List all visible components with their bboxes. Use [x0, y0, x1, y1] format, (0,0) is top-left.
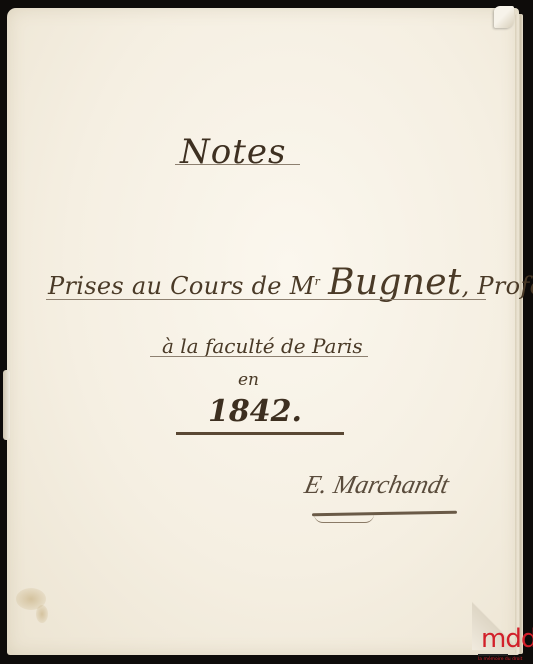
- logo-letters: mdd: [481, 626, 533, 652]
- page-edge-right: [515, 14, 523, 654]
- folded-corner-top: [494, 6, 514, 28]
- document-year: 1842.: [208, 394, 302, 429]
- subtitle-prefix: Prises au Cours de M: [48, 272, 315, 300]
- subtitle-superscript: r: [315, 275, 321, 288]
- mdd-watermark-logo: mdd la mémoire du droit: [476, 626, 533, 664]
- paper-stain: [36, 605, 48, 623]
- line1-underline: [46, 299, 486, 300]
- title-underline: [175, 164, 300, 165]
- page-edge-left: [3, 370, 10, 440]
- subtitle-line-professor: Prises au Cours de Mr Bugnet, Professeur: [48, 262, 533, 303]
- logo-tagline: la mémoire du droit: [478, 657, 522, 662]
- signature-swash: [314, 514, 374, 523]
- line2-underline: [150, 356, 368, 357]
- subtitle-suffix: , Professeur: [462, 272, 533, 300]
- subtitle-line-en: en: [238, 370, 259, 390]
- subtitle-line-faculty: à la faculté de Paris: [162, 334, 363, 358]
- manuscript-page: [7, 8, 519, 655]
- year-underline: [176, 432, 344, 435]
- signature: E. Marchandt: [302, 470, 452, 500]
- document-title: Notes: [180, 132, 286, 172]
- logo-bar: [478, 654, 508, 656]
- professor-name: Bugnet: [328, 262, 461, 303]
